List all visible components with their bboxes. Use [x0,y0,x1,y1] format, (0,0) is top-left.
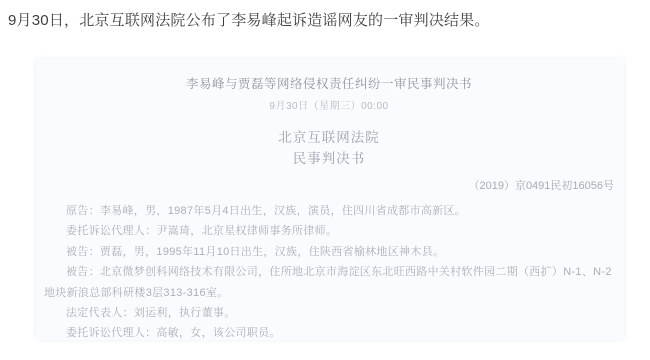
judgment-paragraph-legal-representative: 法定代表人：刘运利，执行董事。 [44,303,614,323]
article-headline: 9月30日，北京互联网法院公布了李易峰起诉造谣网友的一审判决结果。 [8,10,644,32]
court-header: 北京互联网法院 民事判决书 [44,127,614,169]
judgment-publish-time: 9月30日（星期三）00:00 [44,100,614,113]
judgment-paragraph-plaintiff-agent: 委托诉讼代理人：尹嵩琦，北京星权律师事务所律师。 [44,221,614,241]
judgment-title: 李易峰与贾磊等网络侵权责任纠纷一审民事判决书 [44,76,614,92]
judgment-paragraph-defendant-2: 被告：北京微梦创科网络技术有限公司，住所地北京市海淀区东北旺西路中关村软件园二期… [44,262,614,303]
document-type: 民事判决书 [44,148,614,169]
court-name: 北京互联网法院 [44,127,614,148]
case-number: （2019）京0491民初16056号 [44,179,614,194]
judgment-document-card: 李易峰与贾磊等网络侵权责任纠纷一审民事判决书 9月30日（星期三）00:00 北… [36,59,624,340]
judgment-paragraph-defendant-agent: 委托诉讼代理人：高敏，女，该公司职员。 [44,323,614,340]
judgment-paragraph-plaintiff: 原告：李易峰，男，1987年5月4日出生，汉族，演员，住四川省成都市高新区。 [44,201,614,221]
judgment-body: 原告：李易峰，男，1987年5月4日出生，汉族，演员，住四川省成都市高新区。 委… [44,201,614,340]
article-page: 9月30日，北京互联网法院公布了李易峰起诉造谣网友的一审判决结果。 李易峰与贾磊… [0,0,650,360]
judgment-paragraph-defendant-1: 被告：贾磊，男，1995年11月10日出生，汉族，住陕西省榆林地区神木县。 [44,242,614,262]
